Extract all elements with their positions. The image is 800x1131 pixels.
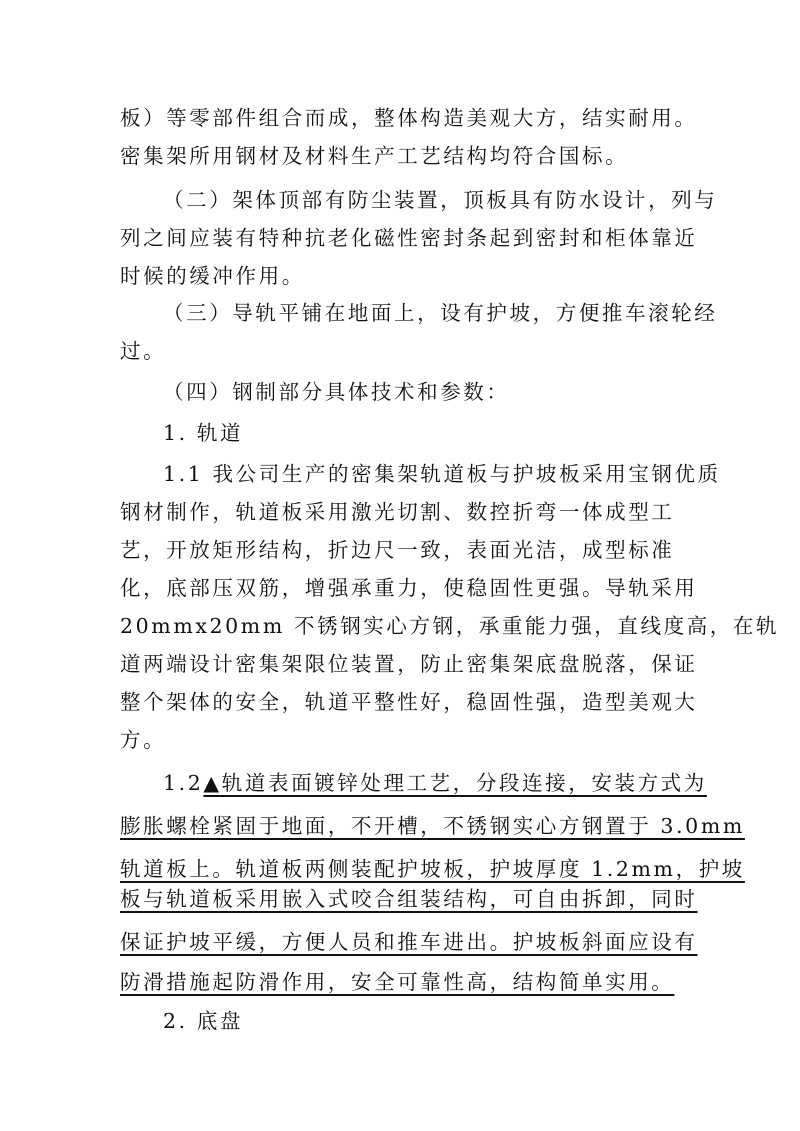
underlined-text: 轨道板上。轨道板两侧装配护坡板，护坡厚度 1.2mm，护坡 [120,857,745,881]
section-heading-2: （二）架体顶部有防尘装置，顶板具有防水设计，列与 [163,185,723,215]
paragraph-line: 密集架所用钢材及材料生产工艺结构均符合国标。 [120,141,680,171]
paragraph-line: 化，底部压双筋，增强承重力，使稳固性更强。导轨采用 [120,573,680,603]
paragraph-line: 板与轨道板采用嵌入式咬合组装结构，可自由拆卸，同时 [120,884,680,914]
underlined-clause-text: ▲轨道表面镀锌处理工艺，分段连接，安装方式为 [203,771,706,795]
clause-1-2-line: 1.2▲轨道表面镀锌处理工艺，分段连接，安装方式为 [163,768,723,798]
clause-number: 1.2 [163,771,203,795]
paragraph-line: 保证护坡平缓，方便人员和推车进出。护坡板斜面应设有 [120,927,680,957]
paragraph-line: 防滑措施起防滑作用，安全可靠性高，结构简单实用。 [120,967,680,997]
paragraph-line: 板）等零部件组合而成，整体构造美观大方，结实耐用。 [120,103,680,133]
paragraph-line: 时候的缓冲作用。 [120,261,680,291]
section-heading-4: （四）钢制部分具体技术和参数： [163,377,723,407]
clause-1-1-line: 1.1 我公司生产的密集架轨道板与护坡板采用宝钢优质 [163,459,723,489]
subsection-heading-chassis: 2. 底盘 [163,1006,723,1036]
underlined-text: 防滑措施起防滑作用，安全可靠性高，结构简单实用。 [120,970,674,994]
paragraph-line: 道两端设计密集架限位装置，防止密集架底盘脱落，保证 [120,649,680,679]
paragraph-line: 方。 [120,725,680,755]
section-heading-3: （三）导轨平铺在地面上，设有护坡，方便推车滚轮经 [163,298,723,328]
paragraph-line: 过。 [120,336,680,366]
paragraph-line: 艺，开放矩形结构，折边尺一致，表面光洁，成型标准 [120,535,680,565]
paragraph-line: 轨道板上。轨道板两侧装配护坡板，护坡厚度 1.2mm，护坡 [120,854,680,884]
paragraph-line: 整个架体的安全，轨道平整性好，稳固性强，造型美观大 [120,687,680,717]
paragraph-line: 膨胀螺栓紧固于地面，不开槽，不锈钢实心方钢置于 3.0mm [120,811,680,841]
underlined-text: 板与轨道板采用嵌入式咬合组装结构，可自由拆卸，同时 [120,887,698,911]
paragraph-line: 列之间应装有特种抗老化磁性密封条起到密封和柜体靠近 [120,223,680,253]
paragraph-line: 20mmx20mm 不锈钢实心方钢，承重能力强，直线度高，在轨 [120,611,680,641]
underlined-text: 膨胀螺栓紧固于地面，不开槽，不锈钢实心方钢置于 3.0mm [120,814,745,838]
paragraph-line: 钢材制作，轨道板采用激光切割、数控折弯一体成型工 [120,497,680,527]
document-page: 板）等零部件组合而成，整体构造美观大方，结实耐用。 密集架所用钢材及材料生产工艺… [0,0,800,1131]
underlined-text: 保证护坡平缓，方便人员和推车进出。护坡板斜面应设有 [120,930,698,954]
subsection-heading-track: 1. 轨道 [163,418,723,448]
